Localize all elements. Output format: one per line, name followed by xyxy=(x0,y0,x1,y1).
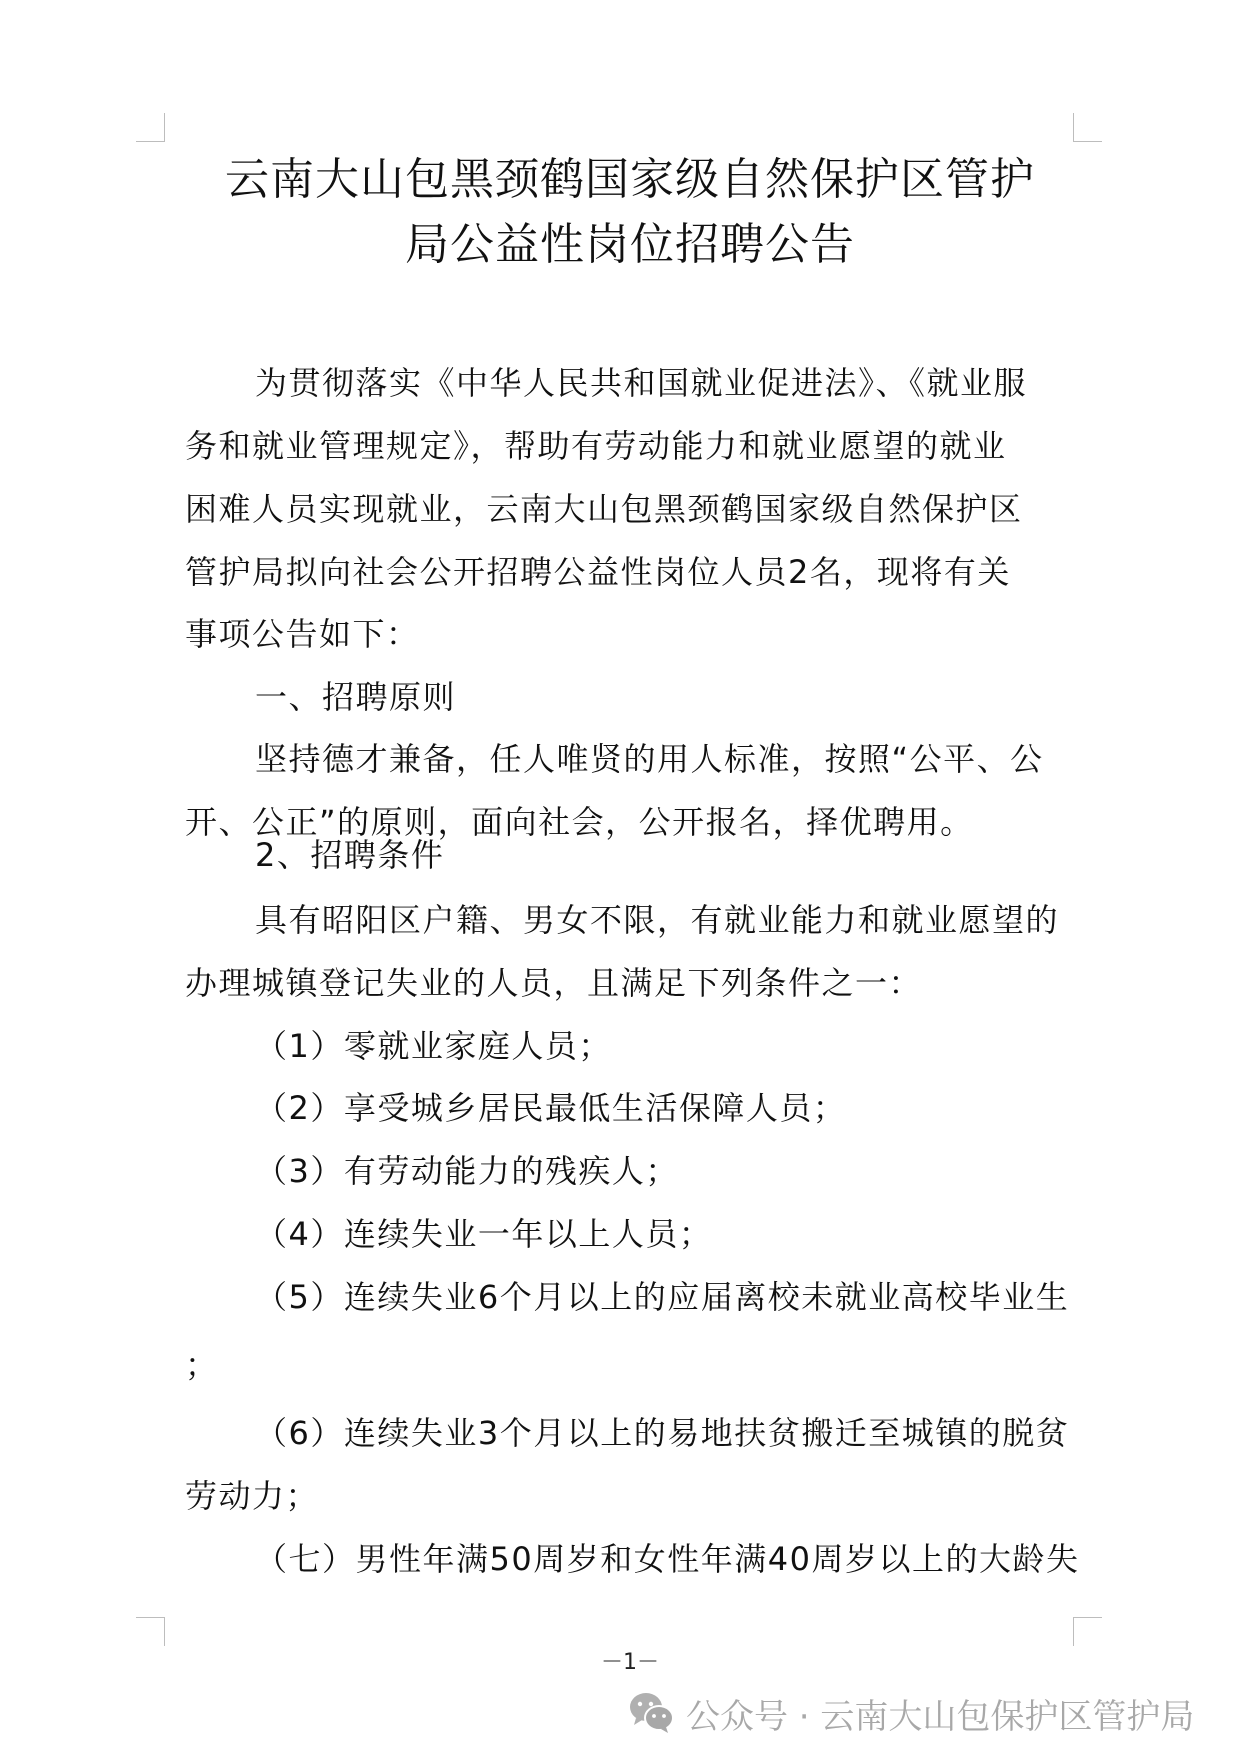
crop-mark-top-left xyxy=(136,113,165,142)
section-heading: 2、招聘条件 xyxy=(255,833,444,877)
document-title-line-1: 云南大山包黑颈鹤国家级自然保护区管护 xyxy=(0,150,1260,210)
body-line: 管护局拟向社会公开招聘公益性岗位人员2名，现将有关 xyxy=(185,550,1011,594)
list-item: （5）连续失业6个月以上的应届离校未就业高校毕业生 xyxy=(255,1275,1069,1319)
body-line: 为贯彻落实《中华人民共和国就业促进法》、《就业服 xyxy=(255,361,1027,405)
page-number: －1－ xyxy=(0,1648,1260,1678)
body-line: 困难人员实现就业，云南大山包黑颈鹤国家级自然保护区 xyxy=(185,487,1023,531)
list-item: （4）连续失业一年以上人员； xyxy=(255,1212,712,1256)
crop-mark-bottom-right xyxy=(1073,1617,1102,1646)
document-title-line-2: 局公益性岗位招聘公告 xyxy=(0,215,1260,275)
list-item: （2）享受城乡居民最低生活保障人员； xyxy=(255,1086,846,1130)
watermark: 公众号 · 云南大山包保护区管护局 xyxy=(628,1690,1194,1736)
list-item: （七）男性年满50周岁和女性年满40周岁以上的大龄失 xyxy=(255,1537,1079,1581)
list-item: （6）连续失业3个月以上的易地扶贫搬迁至城镇的脱贫 xyxy=(255,1411,1069,1455)
wechat-icon xyxy=(628,1691,676,1735)
list-item: （3）有劳动能力的残疾人； xyxy=(255,1149,679,1193)
section-heading: 一、招聘原则 xyxy=(255,675,456,719)
crop-mark-top-right xyxy=(1073,113,1102,142)
list-item: （1）零就业家庭人员； xyxy=(255,1024,612,1068)
body-line: 具有昭阳区户籍、男女不限，有就业能力和就业愿望的 xyxy=(255,898,1059,942)
body-line: ； xyxy=(185,1343,219,1387)
body-line: 坚持德才兼备，任人唯贤的用人标准，按照“公平、公 xyxy=(255,737,1044,781)
body-line: 事项公告如下： xyxy=(185,612,420,656)
watermark-text: 公众号 · 云南大山包保护区管护局 xyxy=(686,1689,1194,1738)
crop-mark-bottom-left xyxy=(136,1617,165,1646)
body-line: 办理城镇登记失业的人员，且满足下列条件之一： xyxy=(185,961,922,1005)
body-line: 务和就业管理规定》，帮助有劳动能力和就业愿望的就业 xyxy=(185,424,1007,468)
body-line: 劳动力； xyxy=(185,1474,319,1518)
